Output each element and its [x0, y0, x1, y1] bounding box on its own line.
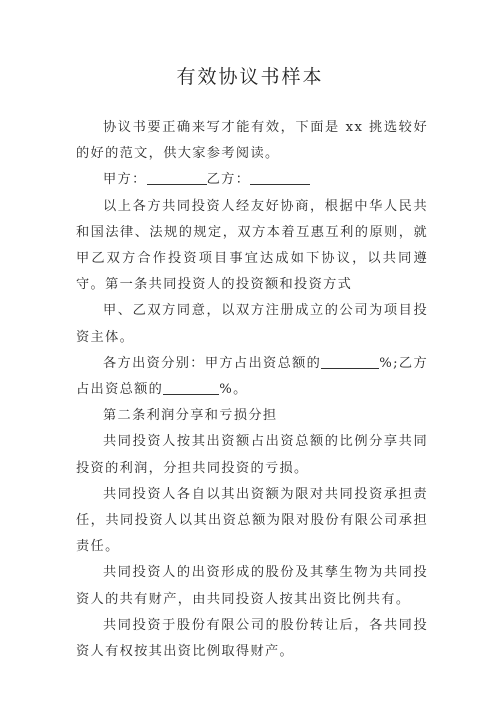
contribution-prefix: 各方出资分别：甲方占出资总额的 [103, 356, 321, 371]
profit-sharing-paragraph: 共同投资人按其出资额占出资总额的比例分享共同投资的利润，分担共同投资的亏损。 [76, 429, 428, 481]
party-a-blank [147, 170, 207, 185]
intro-paragraph: 协议书要正确来写才能有效，下面是 xx 挑选较好的好的范文，供大家参考阅读。 [76, 115, 428, 167]
investment-entity-paragraph: 甲、乙双方同意，以双方注册成立的公司为项目投资主体。 [76, 298, 428, 350]
share-transfer-paragraph: 共同投资于股份有限公司的股份转让后，各共同投资人有权按其出资比例取得财产。 [76, 613, 428, 665]
party-a-label: 甲方： [103, 172, 147, 187]
contribution-suffix: %。 [219, 382, 247, 397]
parties-line: 甲方：乙方： [76, 167, 428, 193]
party-b-percent-blank [163, 380, 219, 395]
liability-paragraph: 共同投资人各自以其出资额为限对共同投资承担责任，共同投资人以其出资总额为限对股份… [76, 482, 428, 561]
joint-property-paragraph: 共同投资人的出资形成的股份及其孳生物为共同投资人的共有财产，由共同投资人按其出资… [76, 560, 428, 612]
article2-heading: 第二条利润分享和亏损分担 [76, 403, 428, 429]
document-title: 有效协议书样本 [0, 62, 500, 89]
party-b-label: 乙方： [207, 172, 251, 187]
document-body: 协议书要正确来写才能有效，下面是 xx 挑选较好的好的范文，供大家参考阅读。 甲… [76, 115, 428, 665]
party-b-blank [250, 170, 310, 185]
party-a-percent-blank [321, 354, 379, 369]
document-page: 有效协议书样本 协议书要正确来写才能有效，下面是 xx 挑选较好的好的范文，供大… [0, 0, 500, 708]
article1-paragraph: 以上各方共同投资人经友好协商，根据中华人民共和国法律、法规的规定，双方本着互惠互… [76, 194, 428, 299]
contribution-paragraph: 各方出资分别：甲方占出资总额的%;乙方占出资总额的%。 [76, 351, 428, 403]
